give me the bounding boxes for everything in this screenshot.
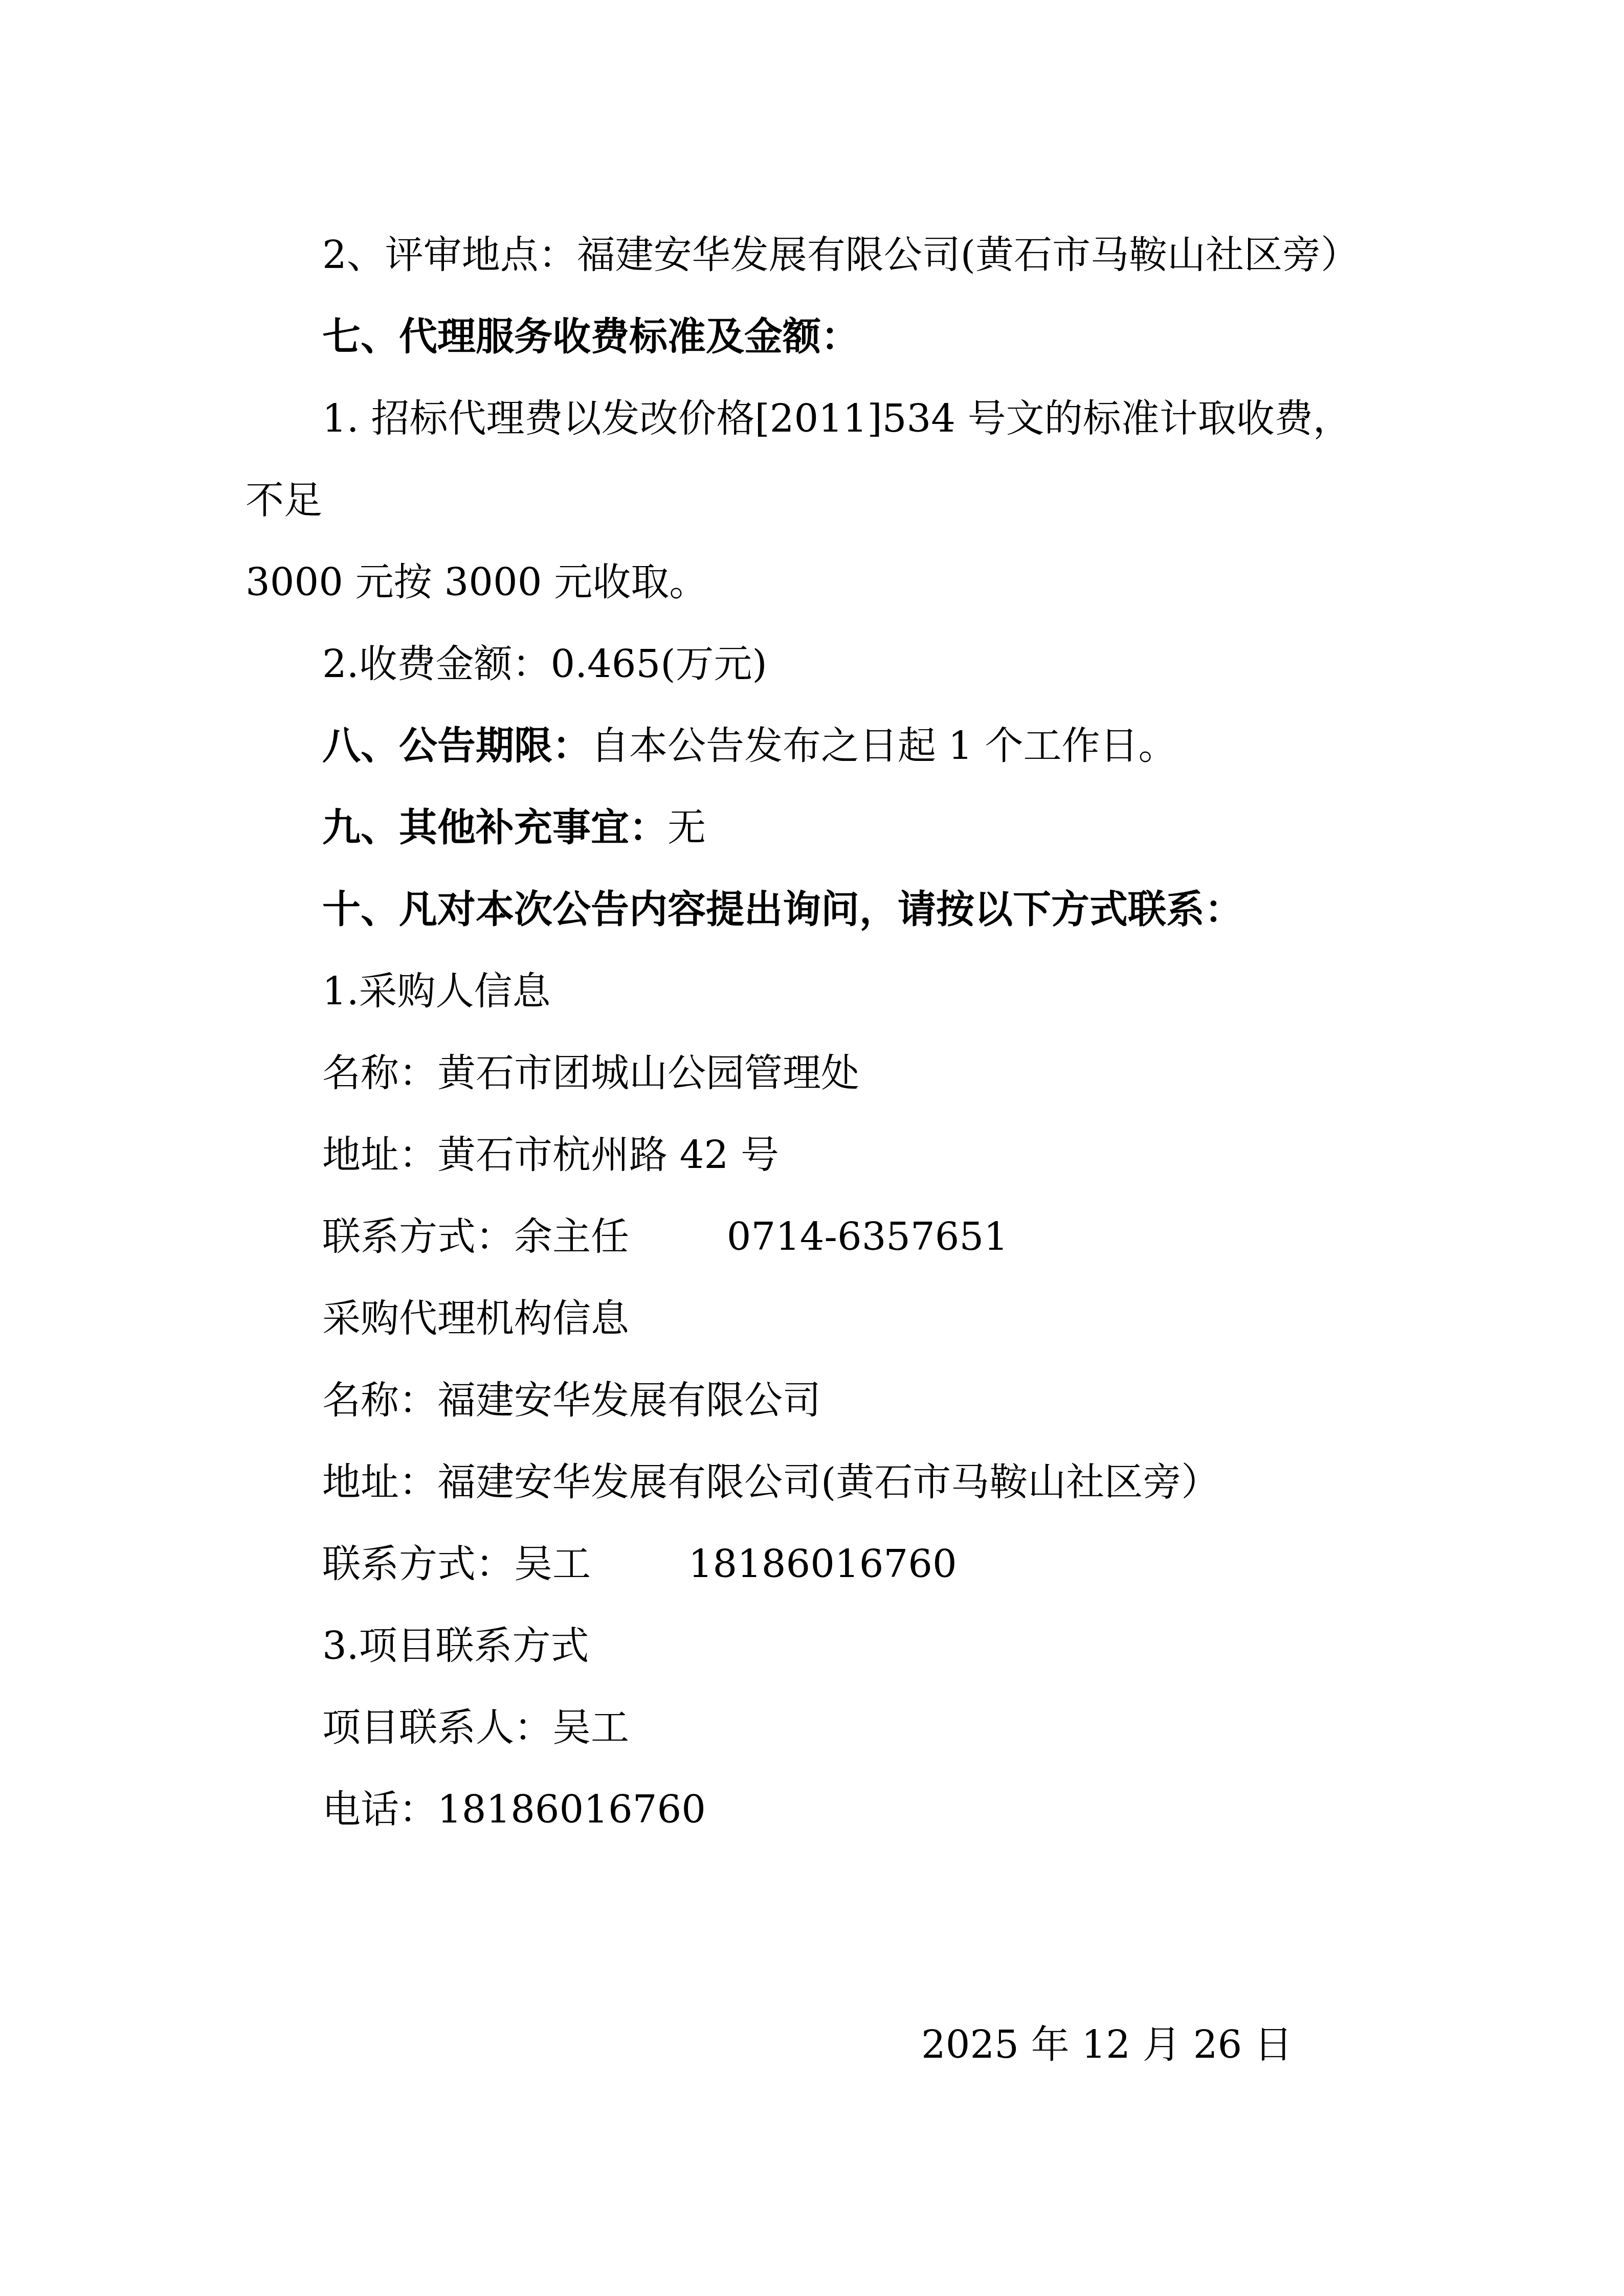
text-run: 项目联系人：吴工 (322, 1705, 629, 1750)
text-run: 联系方式：吴工 18186016760 (322, 1541, 957, 1586)
text-run: 采购代理机构信息 (322, 1296, 629, 1341)
announcement-period-value: 自本公告发布之日起 1 个工作日。 (591, 723, 1176, 768)
other-matters-value: 无 (668, 805, 706, 850)
line-agency-address: 地址：福建安华发展有限公司(黄石市马鞍山社区旁） (246, 1441, 1378, 1523)
line-agency-contact: 联系方式：吴工 18186016760 (246, 1523, 1378, 1605)
announcement-period-label: 八、公告期限： (322, 723, 591, 768)
line-fee-amount: 2.收费金额：0.465(万元) (246, 623, 1378, 705)
text-run: 地址：福建安华发展有限公司(黄石市马鞍山社区旁） (322, 1459, 1219, 1504)
line-agency-name: 名称：福建安华发展有限公司 (246, 1359, 1378, 1441)
line-purchaser-name: 名称：黄石市团城山公园管理处 (246, 1032, 1378, 1114)
line-project-contact-person: 项目联系人：吴工 (246, 1686, 1378, 1768)
heading-agency-fee-standard: 七、代理服务收费标准及金额： (246, 296, 1378, 377)
text-run: 十、凡对本次公告内容提出询问，请按以下方式联系： (322, 887, 1243, 932)
line-project-phone: 电话：18186016760 (246, 1768, 1378, 1850)
heading-inquiry-contact: 十、凡对本次公告内容提出询问，请按以下方式联系： (246, 868, 1378, 950)
text-run: 2、评审地点：福建安华发展有限公司(黄石市马鞍山社区旁） (322, 232, 1359, 277)
line-purchaser-address: 地址：黄石市杭州路 42 号 (246, 1114, 1378, 1196)
text-run: 3.项目联系方式 (322, 1623, 589, 1668)
text-run: 1.采购人信息 (322, 969, 551, 1014)
text-run: 七、代理服务收费标准及金额： (322, 314, 859, 359)
line-agency-info-title: 采购代理机构信息 (246, 1277, 1378, 1359)
date-text: 2025 年 12 月 26 日 (921, 2022, 1293, 2067)
text-run: 名称：黄石市团城山公园管理处 (322, 1050, 859, 1095)
text-run: 电话：18186016760 (322, 1787, 706, 1832)
line-project-contact-title: 3.项目联系方式 (246, 1605, 1378, 1686)
document-date: 2025 年 12 月 26 日 (921, 2004, 1378, 2085)
line-agency-fee-rule: 1. 招标代理费以发改价格[2011]534 号文的标准计取收费，不足 (246, 377, 1378, 541)
line-other-matters: 九、其他补充事宜：无 (246, 786, 1378, 868)
other-matters-label: 九、其他补充事宜： (322, 805, 668, 850)
document-body: 2、评审地点：福建安华发展有限公司(黄石市马鞍山社区旁） 七、代理服务收费标准及… (246, 214, 1378, 2085)
text-run: 3000 元按 3000 元收取。 (246, 559, 707, 604)
document-page: 2、评审地点：福建安华发展有限公司(黄石市马鞍山社区旁） 七、代理服务收费标准及… (0, 0, 1624, 2296)
line-announcement-period: 八、公告期限：自本公告发布之日起 1 个工作日。 (246, 705, 1378, 786)
line-review-location: 2、评审地点：福建安华发展有限公司(黄石市马鞍山社区旁） (246, 214, 1378, 296)
line-agency-fee-rule-continuation: 3000 元按 3000 元收取。 (246, 541, 1378, 623)
text-run: 地址：黄石市杭州路 42 号 (322, 1132, 779, 1177)
text-run: 联系方式：余主任 0714-6357651 (322, 1214, 1008, 1259)
line-purchaser-contact: 联系方式：余主任 0714-6357651 (246, 1196, 1378, 1277)
text-run: 2.收费金额：0.465(万元) (322, 641, 767, 686)
text-run: 名称：福建安华发展有限公司 (322, 1378, 821, 1423)
line-purchaser-info-title: 1.采购人信息 (246, 950, 1378, 1032)
text-run: 1. 招标代理费以发改价格[2011]534 号文的标准计取收费，不足 (246, 396, 1351, 523)
